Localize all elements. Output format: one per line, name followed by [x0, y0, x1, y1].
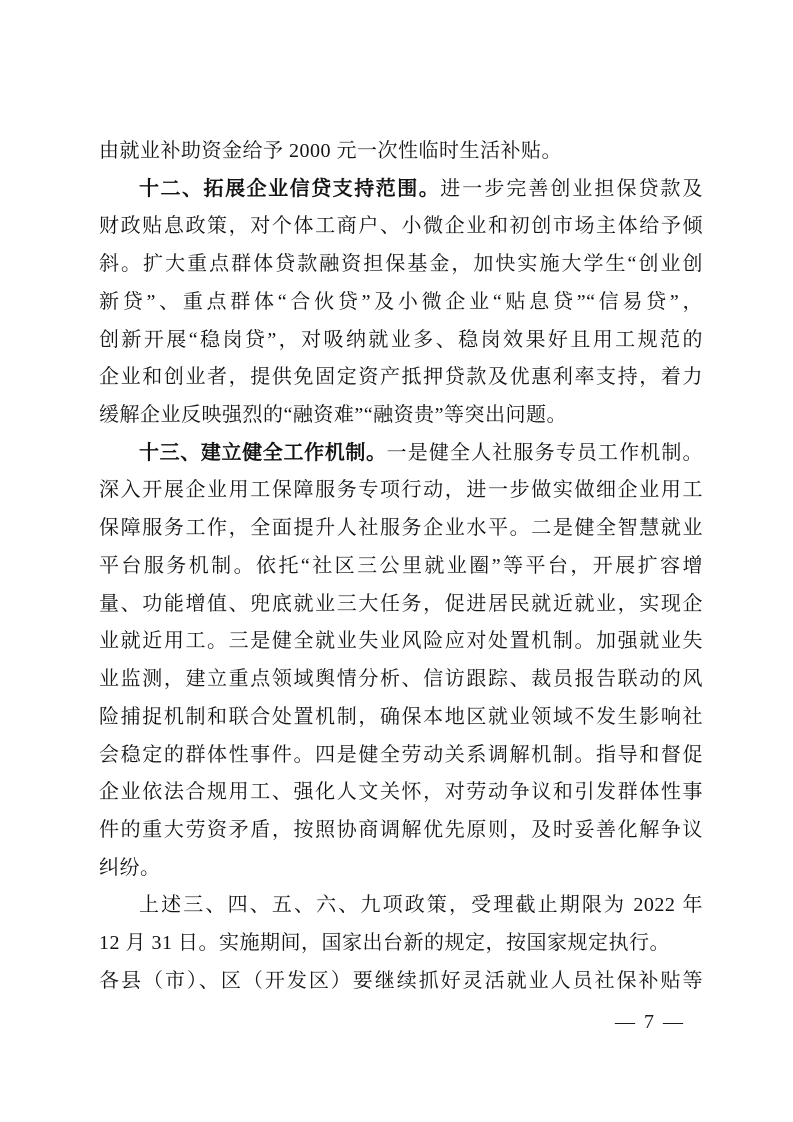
text-run: 一是健全人社服务专员工作机制。	[387, 442, 703, 464]
text-line: 企业依法合规用工、强化人文关怀，对劳动争议和引发群体性事	[99, 774, 703, 812]
text-line: 由就业补助资金给予 2000 元一次性临时生活补贴。	[99, 133, 703, 171]
text-run: 业监测，建立重点领域舆情分析、信访跟踪、裁员报告联动的风	[99, 668, 703, 690]
text-line: 上述三、四、五、六、九项政策，受理截止期限为 2022 年	[99, 887, 703, 925]
text-run: 新贷”、重点群体“合伙贷”及小微企业“贴息贷”“信易贷”，	[99, 291, 703, 313]
text-run: 企业依法合规用工、强化人文关怀，对劳动争议和引发群体性事	[99, 781, 703, 803]
text-line: 平台服务机制。依托“社区三公里就业圈”等平台，开展扩容增	[99, 548, 703, 586]
text-run: 企业和创业者，提供免固定资产抵押贷款及优惠利率支持，着力	[99, 366, 703, 388]
text-run: 12 月 31 日。实施期间，国家出台新的规定，按国家规定执行。	[99, 932, 670, 954]
text-run: 险捕捉机制和联合处置机制，确保本地区就业领域不发生影响社	[99, 706, 703, 728]
text-line: 企业和创业者，提供免固定资产抵押贷款及优惠利率支持，着力	[99, 359, 703, 397]
text-run: 进一步完善创业担保贷款及	[440, 178, 703, 200]
section-heading-run: 十三、建立健全工作机制。	[139, 442, 387, 464]
text-run: 深入开展企业用工保障服务专项行动，进一步做实做细企业用工	[99, 479, 703, 501]
text-line: 业监测，建立重点领域舆情分析、信访跟踪、裁员报告联动的风	[99, 661, 703, 699]
text-line: 保障服务工作，全面提升人社服务企业水平。二是健全智慧就业	[99, 510, 703, 548]
text-line: 十二、拓展企业信贷支持范围。进一步完善创业担保贷款及	[99, 171, 703, 209]
text-run: 各县（市）、区（开发区）要继续抓好灵活就业人员社保补贴等	[99, 970, 703, 992]
text-line: 量、功能增值、兜底就业三大任务，促进居民就近就业，实现企	[99, 586, 703, 624]
section-heading-run: 十二、拓展企业信贷支持范围。	[139, 178, 440, 200]
page-number: — 7 —	[600, 1006, 700, 1038]
document-page: 由就业补助资金给予 2000 元一次性临时生活补贴。十二、拓展企业信贷支持范围。…	[0, 0, 793, 1122]
text-run: 平台服务机制。依托“社区三公里就业圈”等平台，开展扩容增	[99, 555, 703, 577]
document-body: 由就业补助资金给予 2000 元一次性临时生活补贴。十二、拓展企业信贷支持范围。…	[99, 133, 703, 1001]
text-line: 创新开展“稳岗贷”，对吸纳就业多、稳岗效果好且用工规范的	[99, 322, 703, 360]
text-line: 深入开展企业用工保障服务专项行动，进一步做实做细企业用工	[99, 472, 703, 510]
text-run: 件的重大劳资矛盾，按照协商调解优先原则，及时妥善化解争议	[99, 819, 703, 841]
text-run: 量、功能增值、兜底就业三大任务，促进居民就近就业，实现企	[99, 593, 703, 615]
text-line: 险捕捉机制和联合处置机制，确保本地区就业领域不发生影响社	[99, 699, 703, 737]
text-line: 新贷”、重点群体“合伙贷”及小微企业“贴息贷”“信易贷”，	[99, 284, 703, 322]
text-run: 保障服务工作，全面提升人社服务企业水平。二是健全智慧就业	[99, 517, 703, 539]
text-run: 缓解企业反映强烈的“融资难”“融资贵”等突出问题。	[99, 404, 567, 426]
text-run: 由就业补助资金给予 2000 元一次性临时生活补贴。	[99, 140, 562, 162]
text-run: 创新开展“稳岗贷”，对吸纳就业多、稳岗效果好且用工规范的	[99, 329, 703, 351]
text-run: 财政贴息政策，对个体工商户、小微企业和初创市场主体给予倾	[99, 215, 703, 237]
text-run: 斜。扩大重点群体贷款融资担保基金，加快实施大学生“创业创	[99, 253, 703, 275]
text-run: 上述三、四、五、六、九项政策，受理截止期限为 2022 年	[139, 894, 703, 916]
text-run: 业就近用工。三是健全就业失业风险应对处置机制。加强就业失	[99, 630, 703, 652]
text-line: 缓解企业反映强烈的“融资难”“融资贵”等突出问题。	[99, 397, 703, 435]
text-run: 会稳定的群体性事件。四是健全劳动关系调解机制。指导和督促	[99, 744, 703, 766]
text-line: 会稳定的群体性事件。四是健全劳动关系调解机制。指导和督促	[99, 737, 703, 775]
text-line: 财政贴息政策，对个体工商户、小微企业和初创市场主体给予倾	[99, 208, 703, 246]
text-line: 业就近用工。三是健全就业失业风险应对处置机制。加强就业失	[99, 623, 703, 661]
text-line: 12 月 31 日。实施期间，国家出台新的规定，按国家规定执行。	[99, 925, 703, 963]
text-line: 件的重大劳资矛盾，按照协商调解优先原则，及时妥善化解争议	[99, 812, 703, 850]
text-line: 十三、建立健全工作机制。一是健全人社服务专员工作机制。	[99, 435, 703, 473]
text-line: 斜。扩大重点群体贷款融资担保基金，加快实施大学生“创业创	[99, 246, 703, 284]
text-run: 纠纷。	[99, 857, 161, 879]
text-line: 各县（市）、区（开发区）要继续抓好灵活就业人员社保补贴等	[99, 963, 703, 1001]
text-line: 纠纷。	[99, 850, 703, 888]
